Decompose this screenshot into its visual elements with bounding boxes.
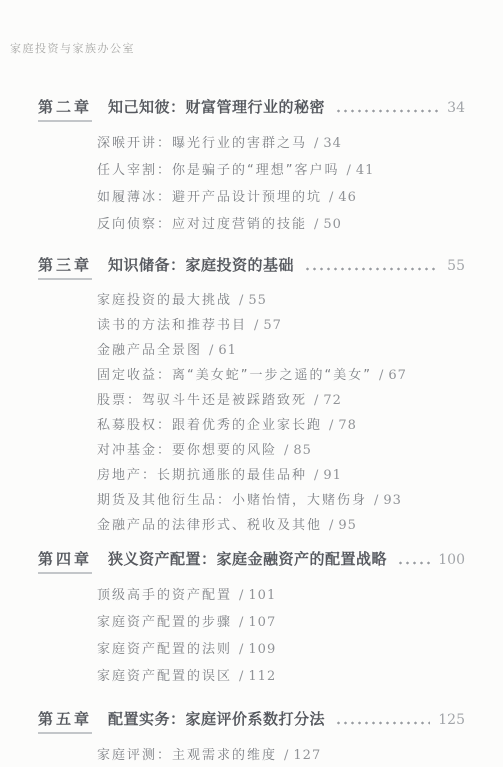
separator: / (239, 588, 243, 603)
toc-item: 家庭资产配置的步骤/107 (97, 609, 473, 636)
toc-item: 家庭资产配置的法则/109 (97, 636, 473, 663)
toc-item-page: 78 (338, 418, 357, 433)
toc-item-title: 股票：驾驭斗牛还是被踩踏致死 (97, 393, 307, 408)
separator: / (314, 136, 318, 151)
toc-item-page: 127 (293, 748, 321, 763)
chapter-section-5: 第五章 配置实务：家庭评价系数打分法 125 家庭评测：主观需求的维度/127 (0, 708, 503, 767)
toc-item-page: 112 (248, 669, 276, 684)
toc-item: 家庭投资的最大挑战/55 (97, 288, 473, 313)
book-page: { "page": { "running_header": "家庭投资与家族办公… (0, 0, 503, 767)
toc-item: 任人宰割：你是骗子的“理想”客户吗/41 (97, 157, 473, 184)
toc-item: 金融产品的法律形式、税收及其他/95 (97, 513, 473, 538)
table-of-contents: 第二章 知己知彼：财富管理行业的秘密 34 深喉开讲：曝光行业的害群之马/34 … (0, 96, 503, 767)
toc-item-title: 家庭评测：主观需求的维度 (97, 748, 277, 763)
toc-item: 顶级高手的资产配置/101 (97, 582, 473, 609)
toc-item: 家庭资产配置的误区/112 (97, 663, 473, 690)
toc-item: 房地产：长期抗通胀的最佳品种/91 (97, 463, 473, 488)
separator: / (329, 190, 333, 205)
separator: / (239, 669, 243, 684)
separator: / (254, 318, 258, 333)
toc-item-page: 46 (338, 190, 357, 205)
toc-item-page: 95 (338, 518, 357, 533)
separator: / (284, 748, 288, 763)
toc-item-title: 家庭投资的最大挑战 (97, 293, 232, 308)
separator: / (329, 518, 333, 533)
dot-leader (397, 561, 430, 565)
chapter-number: 第五章 (38, 708, 92, 734)
toc-item: 私募股权：跟着优秀的企业家长跑/78 (97, 413, 473, 438)
toc-item-title: 期货及其他衍生品：小赌怡情，大赌伤身 (97, 493, 367, 508)
separator: / (314, 393, 318, 408)
separator: / (239, 642, 243, 657)
chapter-heading: 第四章 狭义资产配置：家庭金融资产的配置战略 100 (38, 548, 465, 574)
chapter-title: 知识储备：家庭投资的基础 (108, 254, 294, 275)
toc-item-page: 57 (263, 318, 282, 333)
toc-item-page: 101 (248, 588, 276, 603)
chapter-section-2: 第二章 知己知彼：财富管理行业的秘密 34 深喉开讲：曝光行业的害群之马/34 … (0, 96, 503, 238)
separator: / (346, 163, 350, 178)
toc-item-page: 107 (248, 615, 276, 630)
toc-item: 固定收益：离“美女蛇”一步之遥的“美女”/67 (97, 363, 473, 388)
toc-item: 家庭评测：主观需求的维度/127 (97, 742, 473, 767)
toc-item-title: 金融产品全景图 (97, 343, 202, 358)
toc-item: 反向侦察：应对过度营销的技能/50 (97, 211, 473, 238)
separator: / (374, 493, 378, 508)
chapter-title: 狭义资产配置：家庭金融资产的配置战略 (108, 548, 387, 569)
chapter-title: 配置实务：家庭评价系数打分法 (108, 708, 325, 729)
toc-item-title: 私募股权：跟着优秀的企业家长跑 (97, 418, 322, 433)
toc-item-page: 67 (388, 368, 407, 383)
running-header: 家庭投资与家族办公室 (10, 42, 503, 56)
separator: / (209, 343, 213, 358)
toc-item-title: 金融产品的法律形式、税收及其他 (97, 518, 322, 533)
dot-leader (335, 109, 439, 113)
separator: / (239, 293, 243, 308)
dot-leader (335, 721, 430, 725)
separator: / (329, 418, 333, 433)
toc-item-page: 91 (323, 468, 342, 483)
toc-item-title: 家庭资产配置的法则 (97, 642, 232, 657)
toc-item: 深喉开讲：曝光行业的害群之马/34 (97, 130, 473, 157)
toc-item-title: 家庭资产配置的误区 (97, 669, 232, 684)
chapter-title: 知己知彼：财富管理行业的秘密 (108, 96, 325, 117)
toc-item-title: 家庭资产配置的步骤 (97, 615, 232, 630)
chapter-items: 深喉开讲：曝光行业的害群之马/34 任人宰割：你是骗子的“理想”客户吗/41 如… (97, 130, 473, 238)
toc-item-page: 55 (248, 293, 267, 308)
dot-leader (304, 267, 439, 271)
toc-item-title: 房地产：长期抗通胀的最佳品种 (97, 468, 307, 483)
separator: / (379, 368, 383, 383)
toc-item-title: 顶级高手的资产配置 (97, 588, 232, 603)
chapter-number: 第二章 (38, 96, 92, 122)
toc-item-page: 61 (218, 343, 237, 358)
chapter-items: 顶级高手的资产配置/101 家庭资产配置的步骤/107 家庭资产配置的法则/10… (97, 582, 473, 690)
chapter-heading: 第三章 知识储备：家庭投资的基础 55 (38, 254, 465, 280)
chapter-number: 第三章 (38, 254, 92, 280)
toc-item-title: 对冲基金：要你想要的风险 (97, 443, 277, 458)
toc-item: 金融产品全景图/61 (97, 338, 473, 363)
chapter-items: 家庭投资的最大挑战/55 读书的方法和推荐书目/57 金融产品全景图/61 固定… (97, 288, 473, 538)
toc-item-page: 85 (293, 443, 312, 458)
chapter-heading: 第二章 知己知彼：财富管理行业的秘密 34 (38, 96, 465, 122)
toc-item: 股票：驾驭斗牛还是被踩踏致死/72 (97, 388, 473, 413)
toc-item-page: 41 (356, 163, 375, 178)
separator: / (314, 468, 318, 483)
toc-item-title: 任人宰割：你是骗子的“理想”客户吗 (97, 163, 339, 178)
chapter-number: 第四章 (38, 548, 92, 574)
chapter-section-3: 第三章 知识储备：家庭投资的基础 55 家庭投资的最大挑战/55 读书的方法和推… (0, 254, 503, 538)
separator: / (239, 615, 243, 630)
toc-item: 期货及其他衍生品：小赌怡情，大赌伤身/93 (97, 488, 473, 513)
separator: / (314, 217, 318, 232)
toc-item-page: 109 (248, 642, 276, 657)
chapter-section-4: 第四章 狭义资产配置：家庭金融资产的配置战略 100 顶级高手的资产配置/101… (0, 548, 503, 690)
toc-item-title: 反向侦察：应对过度营销的技能 (97, 217, 307, 232)
chapter-page-number: 34 (447, 100, 465, 116)
chapter-heading: 第五章 配置实务：家庭评价系数打分法 125 (38, 708, 465, 734)
chapter-items: 家庭评测：主观需求的维度/127 (97, 742, 473, 767)
toc-item-title: 如履薄冰：避开产品设计预埋的坑 (97, 190, 322, 205)
toc-item-page: 72 (323, 393, 342, 408)
chapter-page-number: 100 (438, 552, 465, 568)
chapter-page-number: 55 (447, 258, 465, 274)
toc-item: 对冲基金：要你想要的风险/85 (97, 438, 473, 463)
toc-item-title: 固定收益：离“美女蛇”一步之遥的“美女” (97, 368, 372, 383)
toc-item-page: 50 (323, 217, 342, 232)
toc-item-title: 深喉开讲：曝光行业的害群之马 (97, 136, 307, 151)
toc-item-page: 34 (323, 136, 342, 151)
chapter-page-number: 125 (438, 712, 465, 728)
toc-item-page: 93 (383, 493, 402, 508)
toc-item: 读书的方法和推荐书目/57 (97, 313, 473, 338)
toc-item: 如履薄冰：避开产品设计预埋的坑/46 (97, 184, 473, 211)
toc-item-title: 读书的方法和推荐书目 (97, 318, 247, 333)
separator: / (284, 443, 288, 458)
